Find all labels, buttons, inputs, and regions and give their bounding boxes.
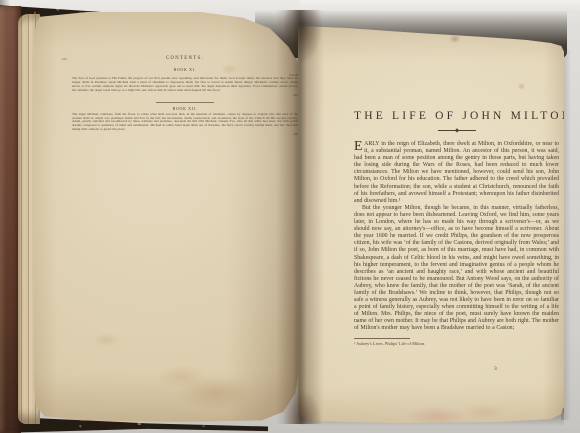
book-xii-heading: BOOK XII.: [72, 107, 298, 111]
contents-title: CONTENTS.: [72, 56, 298, 61]
open-book-photo: xvi CONTENTS. BOOK XI. PAGE The Son of G…: [0, 0, 580, 433]
opening-paragraph: EARLY in the reign of Elizabeth, there d…: [354, 141, 559, 205]
folio-number: xvi: [62, 57, 67, 61]
contents-text-block: xvi CONTENTS. BOOK XI. PAGE The Son of G…: [72, 56, 298, 136]
book-xi-page-ref: 181: [72, 93, 298, 97]
book-xi-heading: BOOK XI.: [72, 68, 298, 72]
book-xi-argument: The Son of God presents to His Father th…: [72, 77, 298, 93]
book-xi-section: BOOK XI. PAGE The Son of God presents to…: [72, 68, 298, 97]
book-xii-page-ref: 206: [72, 132, 298, 136]
right-page: THE LIFE OF JOHN MILTON. EARLY in the re…: [298, 22, 564, 424]
page-number: 3: [494, 366, 497, 372]
title-ornament: [438, 130, 476, 131]
footnote-rule: [354, 338, 410, 339]
footnote: ¹ Aubrey's Lives. Philips' Life of Milto…: [354, 341, 559, 346]
opening-paragraph-text: ARLY in the reign of Elizabeth, there dw…: [354, 141, 559, 204]
chapter-title: THE LIFE OF JOHN MILTON.: [354, 110, 559, 122]
drop-cap: E: [354, 141, 364, 154]
book-xii-section: BOOK XII. The angel Michael continues, f…: [72, 107, 298, 137]
second-paragraph: But the younger Milton, though he became…: [354, 205, 559, 333]
section-divider: [156, 102, 214, 103]
left-page: xvi CONTENTS. BOOK XI. PAGE The Son of G…: [34, 12, 302, 422]
biography-text-block: THE LIFE OF JOHN MILTON. EARLY in the re…: [354, 110, 559, 346]
book-xii-argument: The angel Michael continues, from the fl…: [72, 113, 298, 133]
